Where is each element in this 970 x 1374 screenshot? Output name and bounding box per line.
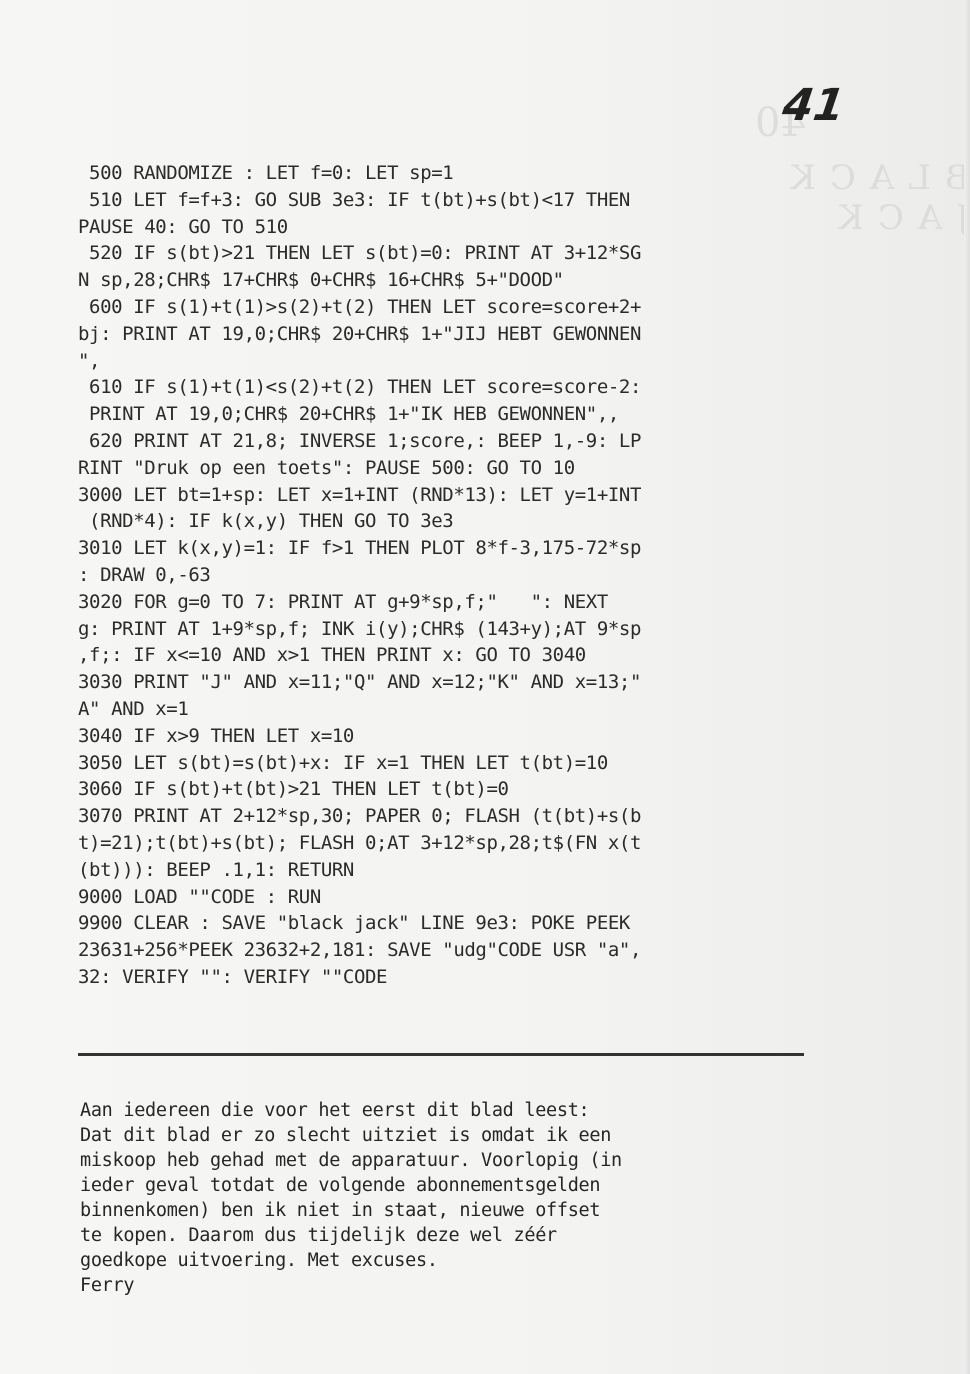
section-divider (78, 1053, 804, 1056)
listing-line: 3030 PRINT "J" AND x=11;"Q" AND x=12;"K"… (78, 669, 798, 696)
listing-line: (bt))): BEEP .1,1: RETURN (78, 857, 798, 884)
note-signature: Ferry (80, 1273, 820, 1298)
note-line: te kopen. Daarom dus tijdelijk deze wel … (80, 1223, 820, 1248)
listing-line: 3000 LET bt=1+sp: LET x=1+INT (RND*13): … (78, 482, 798, 509)
listing-line: 500 RANDOMIZE : LET f=0: LET sp=1 (78, 160, 798, 187)
listing-line: 620 PRINT AT 21,8; INVERSE 1;score,: BEE… (78, 428, 798, 455)
listing-line: 3060 IF s(bt)+t(bt)>21 THEN LET t(bt)=0 (78, 776, 798, 803)
listing-line: 3010 LET k(x,y)=1: IF f>1 THEN PLOT 8*f-… (78, 535, 798, 562)
listing-line: 520 IF s(bt)>21 THEN LET s(bt)=0: PRINT … (78, 240, 798, 267)
editor-note: Aan iedereen die voor het eerst dit blad… (80, 1098, 820, 1298)
note-line: binnenkomen) ben ik niet in staat, nieuw… (80, 1198, 820, 1223)
basic-listing: 500 RANDOMIZE : LET f=0: LET sp=1 510 LE… (78, 160, 798, 991)
listing-line: 3050 LET s(bt)=s(bt)+x: IF x=1 THEN LET … (78, 750, 798, 777)
listing-line: 3040 IF x>9 THEN LET x=10 (78, 723, 798, 750)
listing-line: RINT "Druk op een toets": PAUSE 500: GO … (78, 455, 798, 482)
listing-line: bj: PRINT AT 19,0;CHR$ 20+CHR$ 1+"JIJ HE… (78, 321, 798, 348)
listing-line: g: PRINT AT 1+9*sp,f; INK i(y);CHR$ (143… (78, 616, 798, 643)
listing-line: PRINT AT 19,0;CHR$ 20+CHR$ 1+"IK HEB GEW… (78, 401, 798, 428)
listing-line: 600 IF s(1)+t(1)>s(2)+t(2) THEN LET scor… (78, 294, 798, 321)
listing-line: (RND*4): IF k(x,y) THEN GO TO 3e3 (78, 508, 798, 535)
listing-line: 510 LET f=f+3: GO SUB 3e3: IF t(bt)+s(bt… (78, 187, 798, 214)
listing-line: ", (78, 348, 798, 375)
listing-line: PAUSE 40: GO TO 510 (78, 214, 798, 241)
note-line: Aan iedereen die voor het eerst dit blad… (80, 1098, 820, 1123)
scanned-page: 40 BLACK JACK 41 500 RANDOMIZE : LET f=0… (0, 0, 970, 1374)
listing-line: t)=21);t(bt)+s(bt); FLASH 0;AT 3+12*sp,2… (78, 830, 798, 857)
note-line: ieder geval totdat de volgende abonnemen… (80, 1173, 820, 1198)
listing-line: ,f;: IF x<=10 AND x>1 THEN PRINT x: GO T… (78, 642, 798, 669)
listing-line: 610 IF s(1)+t(1)<s(2)+t(2) THEN LET scor… (78, 374, 798, 401)
note-line: goedkope uitvoering. Met excuses. (80, 1248, 820, 1273)
listing-line: A" AND x=1 (78, 696, 798, 723)
listing-line: 9900 CLEAR : SAVE "black jack" LINE 9e3:… (78, 910, 798, 937)
listing-line: N sp,28;CHR$ 17+CHR$ 0+CHR$ 16+CHR$ 5+"D… (78, 267, 798, 294)
note-line: Dat dit blad er zo slecht uitziet is omd… (80, 1123, 820, 1148)
listing-line: : DRAW 0,-63 (78, 562, 798, 589)
listing-line: 23631+256*PEEK 23632+2,181: SAVE "udg"CO… (78, 937, 798, 964)
listing-line: 32: VERIFY "": VERIFY ""CODE (78, 964, 798, 991)
listing-line: 3070 PRINT AT 2+12*sp,30; PAPER 0; FLASH… (78, 803, 798, 830)
note-line: miskoop heb gehad met de apparatuur. Voo… (80, 1148, 820, 1173)
listing-line: 9000 LOAD ""CODE : RUN (78, 884, 798, 911)
handwritten-page-number: 41 (779, 80, 847, 131)
page-edge-shadow (964, 0, 970, 1374)
listing-line: 3020 FOR g=0 TO 7: PRINT AT g+9*sp,f;" "… (78, 589, 798, 616)
